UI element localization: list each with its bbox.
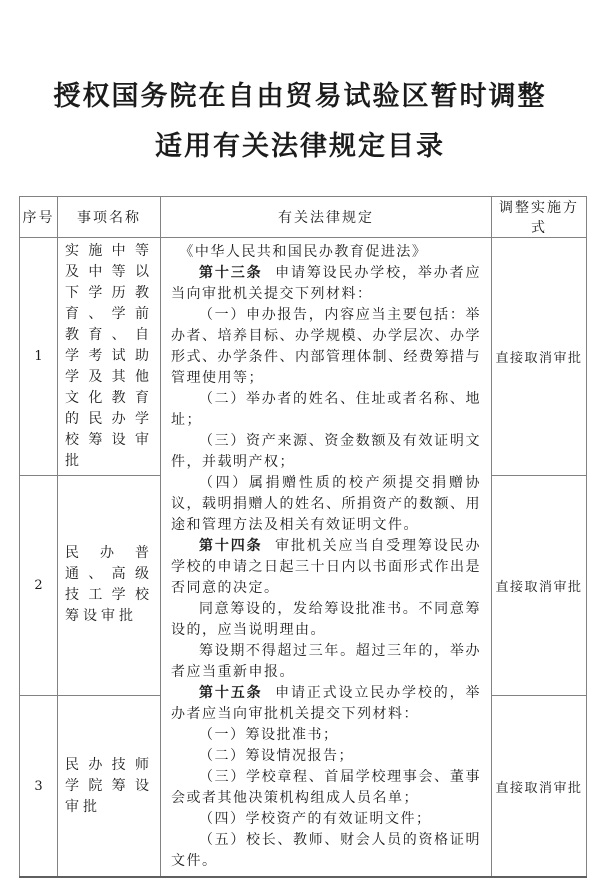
legal-paragraph: 第十三条申请筹设民办学校，举办者应当向审批机关提交下列材料： [171, 263, 481, 305]
table-row: 1 实施中等及中等以下学历教育、学前教育、自学考试助学及其他文化教育的民办学校筹… [20, 238, 587, 476]
col-header-number: 序号 [20, 197, 58, 238]
paragraph-text: 筹设期不得超过三年。超过三年的，举办者应当重新申报。 [171, 643, 481, 680]
legal-paragraph: （五）校长、教师、财会人员的资格证明文件。 [171, 830, 481, 872]
paragraph-text: （四）属捐赠性质的校产须提交捐赠协议，载明捐赠人的姓名、所捐资产的数额、用途和管… [171, 475, 481, 533]
legal-paragraph: （一）筹设批准书； [171, 725, 481, 746]
article-label: 第十五条 [199, 685, 262, 701]
item-name: 民办普通、高级技工学校筹设审批 [58, 475, 161, 695]
legal-paragraph: （三）学校章程、首届学校理事会、董事会或者其他决策机构组成人员名单； [171, 767, 481, 809]
col-header-item-name: 事项名称 [58, 197, 161, 238]
legal-paragraph: 同意筹设的，发给筹设批准书。不同意筹设的，应当说明理由。 [171, 599, 481, 641]
legal-paragraph: （四）属捐赠性质的校产须提交捐赠协议，载明捐赠人的姓名、所捐资产的数额、用途和管… [171, 473, 481, 536]
legal-paragraph: 第十四条审批机关应当自受理筹设民办学校的申请之日起三十日内以书面形式作出是否同意… [171, 536, 481, 599]
table-header-row: 序号 事项名称 有关法律规定 调整实施方式 [20, 197, 587, 238]
paragraph-text: （三）学校章程、首届学校理事会、董事会或者其他决策机构组成人员名单； [171, 769, 481, 806]
adjust-method: 直接取消审批 [492, 696, 587, 877]
col-header-adjust-method: 调整实施方式 [492, 197, 587, 238]
article-label: 第十三条 [199, 265, 262, 281]
row-number: 2 [20, 475, 58, 695]
legal-paragraph: 第十五条申请正式设立民办学校的，举办者应当向审批机关提交下列材料： [171, 683, 481, 725]
item-name: 实施中等及中等以下学历教育、学前教育、自学考试助学及其他文化教育的民办学校筹设审… [58, 238, 161, 476]
paragraph-text: （四）学校资产的有效证明文件； [199, 811, 432, 827]
legal-paragraph: （三）资产来源、资金数额及有效证明文件，并载明产权； [171, 431, 481, 473]
law-title: 《中华人民共和国民办教育促进法》 [171, 242, 481, 263]
legal-provisions-cell: 《中华人民共和国民办教育促进法》 第十三条申请筹设民办学校，举办者应当向审批机关… [161, 238, 492, 878]
row-number: 3 [20, 696, 58, 877]
col-header-legal-provisions: 有关法律规定 [161, 197, 492, 238]
paragraph-text: （三）资产来源、资金数额及有效证明文件，并载明产权； [171, 433, 481, 470]
paragraph-text: 同意筹设的，发给筹设批准书。不同意筹设的，应当说明理由。 [171, 601, 481, 638]
legal-paragraph: （四）学校资产的有效证明文件； [171, 809, 481, 830]
paragraph-text: （二）举办者的姓名、住址或者名称、地址； [171, 391, 481, 428]
paragraph-text: （一）申办报告，内容应当主要包括：举办者、培养目标、办学规模、办学层次、办学形式… [171, 307, 481, 386]
title-line-1: 授权国务院在自由贸易试验区暂时调整 [0, 72, 600, 122]
paragraph-text: （五）校长、教师、财会人员的资格证明文件。 [171, 832, 481, 869]
legal-paragraph: （二）举办者的姓名、住址或者名称、地址； [171, 389, 481, 431]
title-line-2: 适用有关法律规定目录 [0, 122, 600, 172]
document-page: 授权国务院在自由贸易试验区暂时调整 适用有关法律规定目录 序号 事项名称 有关法… [0, 0, 600, 887]
legal-catalog-table: 序号 事项名称 有关法律规定 调整实施方式 1 实施中等及中等以下学历教育、学前… [19, 196, 587, 878]
adjust-method: 直接取消审批 [492, 475, 587, 695]
page-title: 授权国务院在自由贸易试验区暂时调整 适用有关法律规定目录 [0, 0, 600, 172]
item-name: 民办技师学院筹设审批 [58, 696, 161, 877]
paragraph-text: （一）筹设批准书； [199, 727, 339, 743]
paragraph-text: （二）筹设情况报告； [199, 748, 354, 764]
legal-paragraph: （一）申办报告，内容应当主要包括：举办者、培养目标、办学规模、办学层次、办学形式… [171, 305, 481, 389]
article-label: 第十四条 [199, 538, 262, 554]
paragraph-text: 《中华人民共和国民办教育促进法》 [179, 244, 427, 260]
legal-paragraph: 筹设期不得超过三年。超过三年的，举办者应当重新申报。 [171, 641, 481, 683]
adjust-method: 直接取消审批 [492, 238, 587, 476]
legal-paragraph: （二）筹设情况报告； [171, 746, 481, 767]
row-number: 1 [20, 238, 58, 476]
